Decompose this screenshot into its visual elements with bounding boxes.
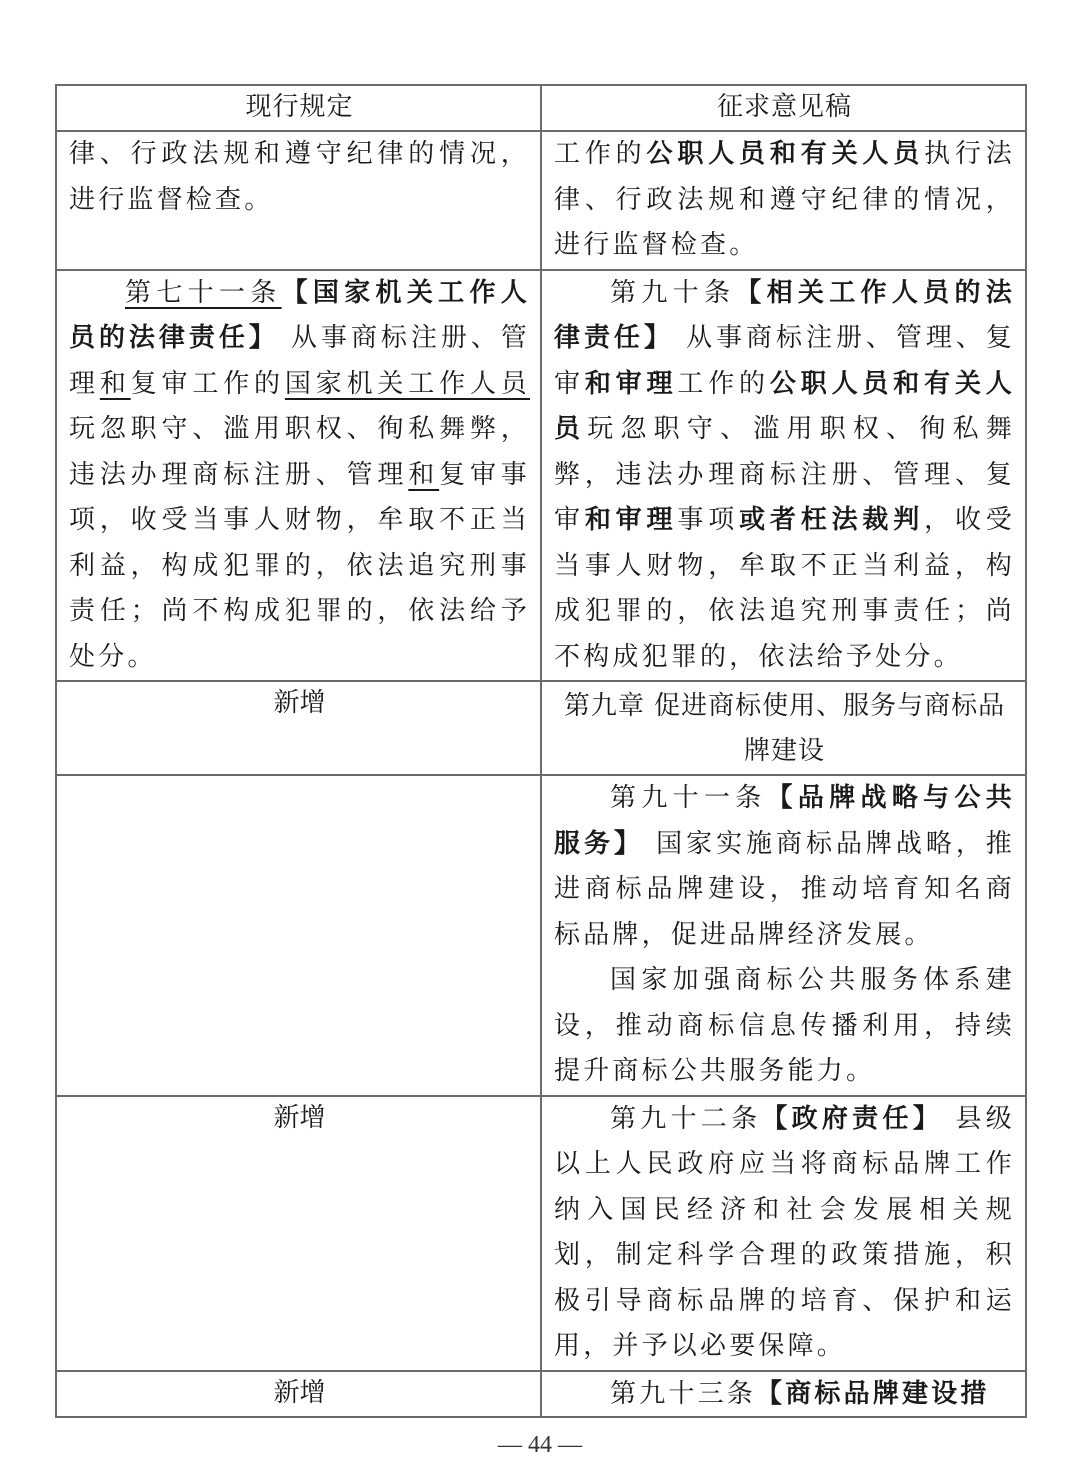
cell-current-new-label: 新增 [56, 681, 541, 775]
column-header-current: 现行规定 [56, 85, 541, 131]
underlined-text: 第七十一条 [125, 278, 282, 308]
table-row: 新增 第九章 促进商标使用、服务与商标品牌建设 [56, 681, 1026, 775]
cell-draft: 第九十三条【商标品牌建设措 [541, 1371, 1026, 1417]
bold-text: 或者枉法裁判 [739, 505, 924, 535]
cell-draft: 第九十条【相关工作人员的法律责任】 从事商标注册、管理、复审和审理工作的公职人员… [541, 270, 1026, 682]
table-row: 第七十一条【国家机关工作人员的法律责任】 从事商标注册、管理和复审工作的国家机关… [56, 270, 1026, 682]
table-row: 新增 第九十二条【政府责任】 县级以上人民政府应当将商标品牌工作纳入国民经济和社… [56, 1096, 1026, 1371]
text-run: 县级以上人民政府应当将商标品牌工作纳入国民经济和社会发展相关规划，制定科学合理的… [554, 1104, 1015, 1362]
table-row: 新增 第九十三条【商标品牌建设措 [56, 1371, 1026, 1417]
text-run: 复审事项，收受当事人财物，牟取不正当利益，构成犯罪的，依法追究刑事责任；尚不构成… [69, 460, 530, 672]
text-run: 复审工作的 [131, 369, 285, 399]
cell-current-new-label: 新增 [56, 1096, 541, 1371]
underlined-text: 和 [100, 369, 131, 399]
page-number: — 44 — [0, 1432, 1080, 1459]
cell-draft: 工作的公职人员和有关人员执行法律、行政法规和遵守纪律的情况，进行监督检查。 [541, 131, 1026, 270]
article-paragraph: 第九十二条【政府责任】 县级以上人民政府应当将商标品牌工作纳入国民经济和社会发展… [554, 1097, 1015, 1370]
text-run: 律、行政法规和遵守纪律的情况，进行监督检查。 [69, 139, 530, 215]
comparison-table: 现行规定 征求意见稿 律、行政法规和遵守纪律的情况，进行监督检查。 工作的公职人… [55, 84, 1027, 1418]
bold-text: 公职人员和有关人员 [647, 139, 925, 169]
cell-draft: 第九十二条【政府责任】 县级以上人民政府应当将商标品牌工作纳入国民经济和社会发展… [541, 1096, 1026, 1371]
bold-text: 和审理 [585, 505, 678, 535]
table-row: 律、行政法规和遵守纪律的情况，进行监督检查。 工作的公职人员和有关人员执行法律、… [56, 131, 1026, 270]
text-run: 第九十三条 [610, 1379, 756, 1409]
article-paragraph: 第九十一条【品牌战略与公共服务】 国家实施商标品牌战略，推进商标品牌建设，推动培… [554, 776, 1015, 958]
table-header-row: 现行规定 征求意见稿 [56, 85, 1026, 131]
cell-current-empty [56, 775, 541, 1096]
article-paragraph: 第九十三条【商标品牌建设措 [554, 1372, 1015, 1416]
column-header-draft: 征求意见稿 [541, 85, 1026, 131]
cell-current-new-label: 新增 [56, 1371, 541, 1417]
underlined-text: 国家机关工作人员 [285, 369, 530, 399]
cell-current: 第七十一条【国家机关工作人员的法律责任】 从事商标注册、管理和复审工作的国家机关… [56, 270, 541, 682]
article-paragraph: 国家加强商标公共服务体系建设，推动商标信息传播利用，持续提升商标公共服务能力。 [554, 958, 1015, 1095]
cell-draft-chapter-title: 第九章 促进商标使用、服务与商标品牌建设 [541, 681, 1026, 775]
document-page: 现行规定 征求意见稿 律、行政法规和遵守纪律的情况，进行监督检查。 工作的公职人… [0, 0, 1080, 1464]
text-run: 国家加强商标公共服务体系建设，推动商标信息传播利用，持续提升商标公共服务能力。 [554, 965, 1015, 1086]
text-run: 第九十二条 [610, 1104, 761, 1134]
text-run: 事项 [677, 505, 739, 535]
bold-text: 【商标品牌建设措 [756, 1379, 990, 1409]
bold-text: 和审理 [585, 369, 678, 399]
cell-current: 律、行政法规和遵守纪律的情况，进行监督检查。 [56, 131, 541, 270]
cell-draft: 第九十一条【品牌战略与公共服务】 国家实施商标品牌战略，推进商标品牌建设，推动培… [541, 775, 1026, 1096]
table-row: 第九十一条【品牌战略与公共服务】 国家实施商标品牌战略，推进商标品牌建设，推动培… [56, 775, 1026, 1096]
bold-text: 【政府责任】 [761, 1104, 943, 1134]
text-run: 工作的 [554, 139, 647, 169]
text-run: 工作的 [677, 369, 770, 399]
text-run: 第九十条 [610, 278, 735, 308]
text-run: 第九十一条 [610, 783, 767, 813]
underlined-text: 和 [408, 460, 439, 490]
